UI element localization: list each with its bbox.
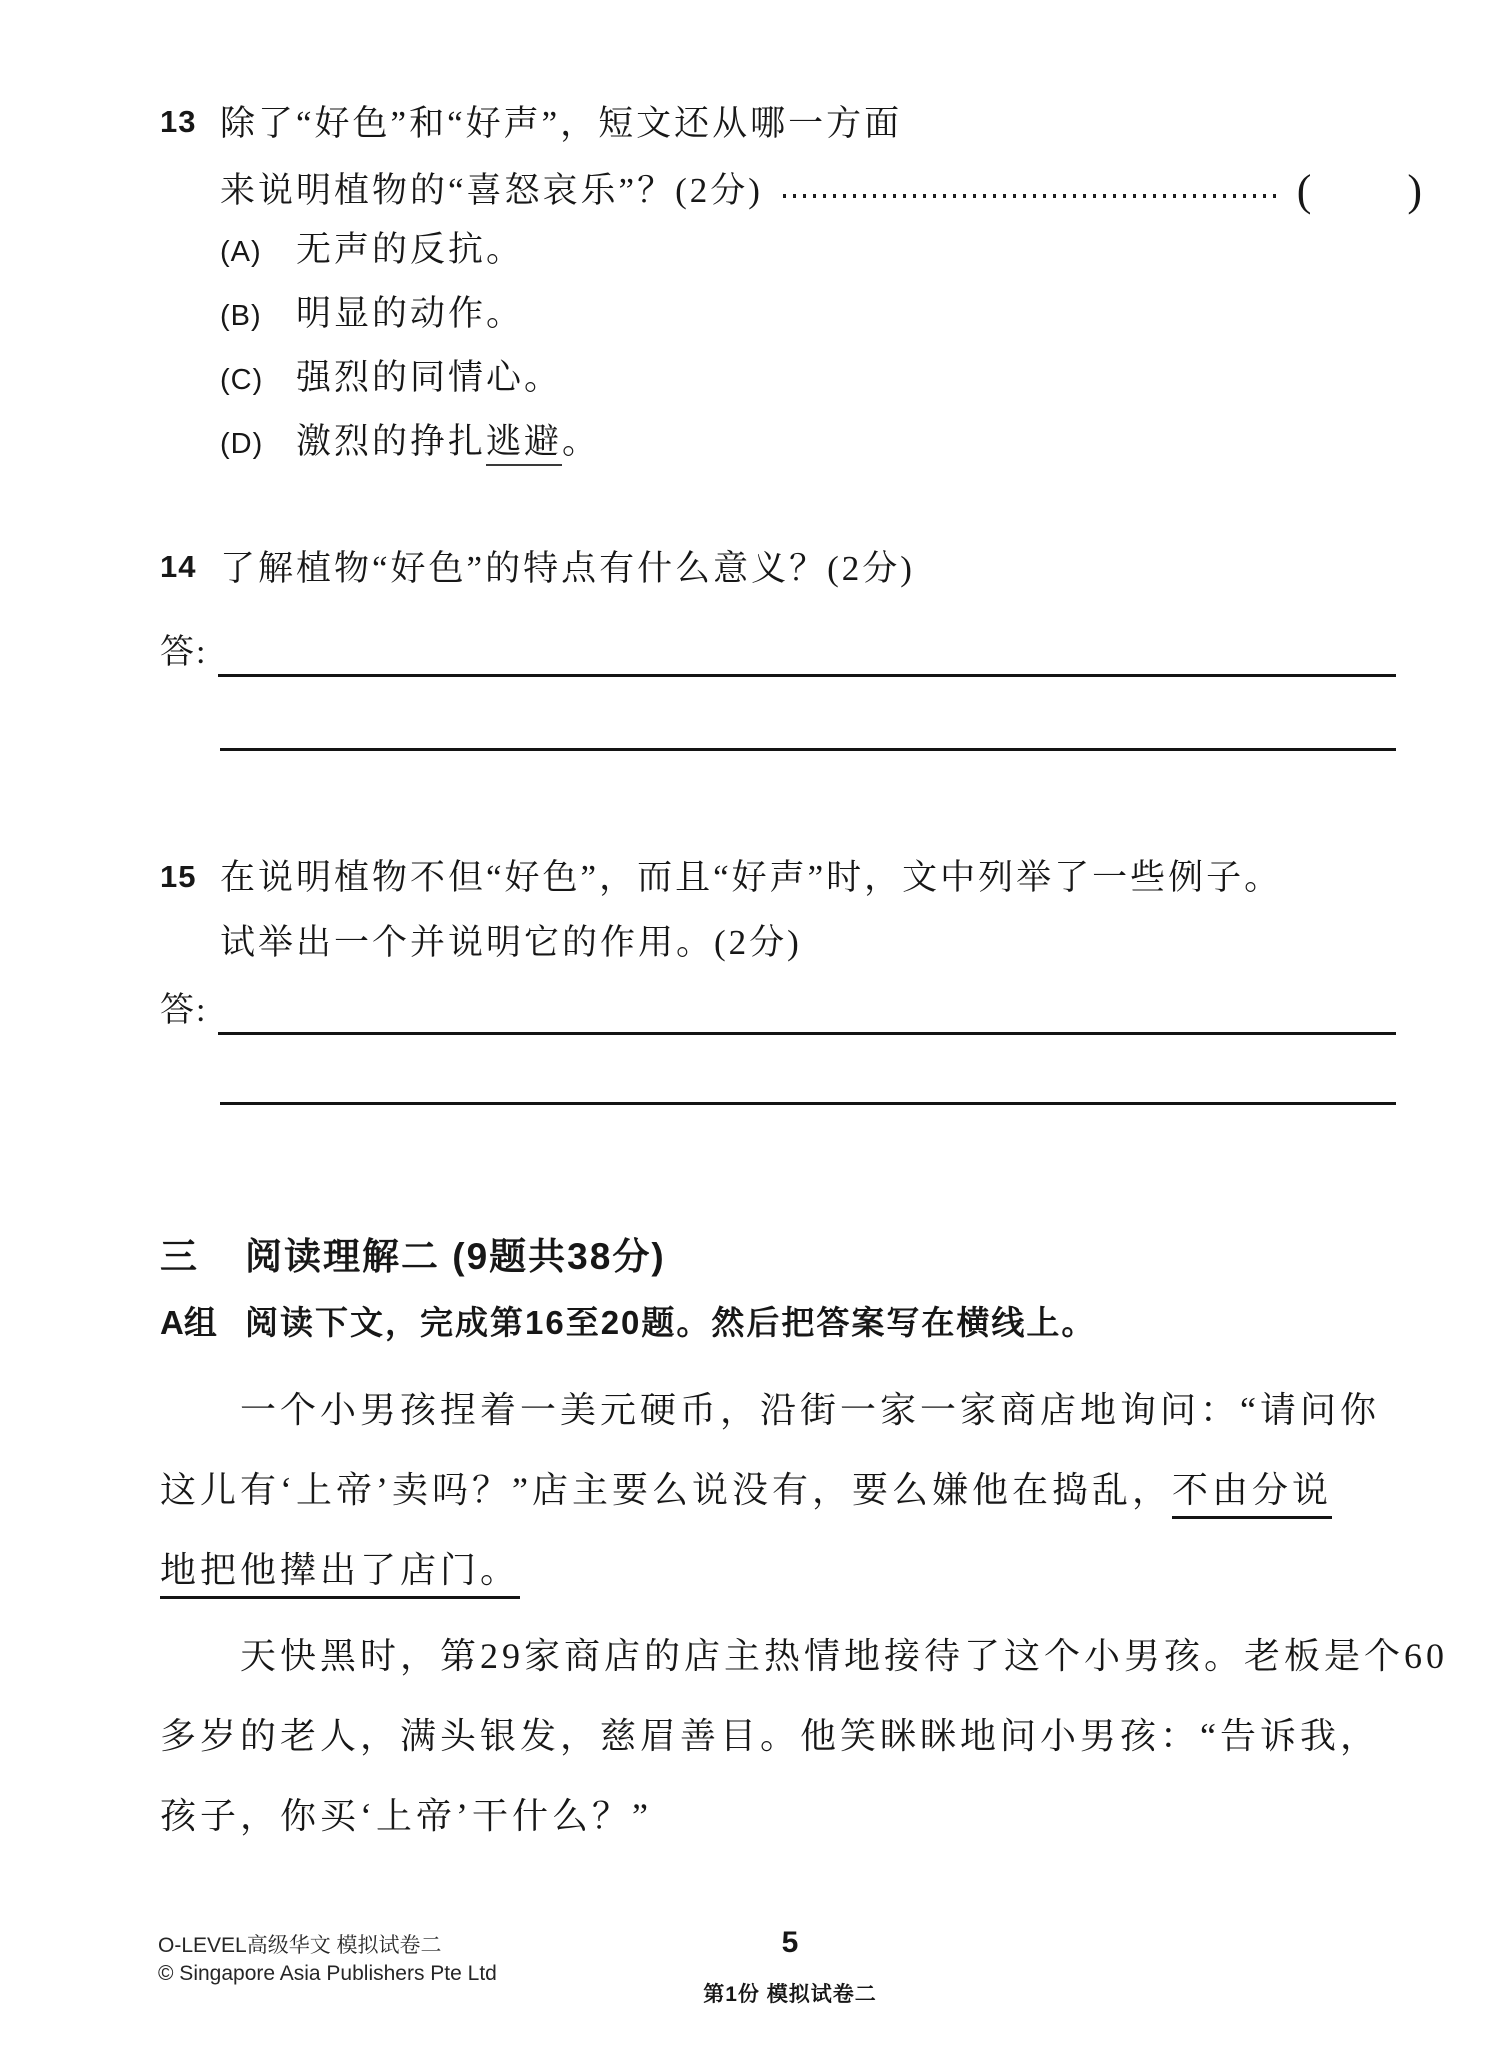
question-15-line2: 试举出一个并说明它的作用。(2分): [220, 910, 1282, 975]
page-number: 5: [782, 1926, 799, 1960]
passage-line: 天快黑时，第29家商店的店主热情地接待了这个小男孩。老板是个60: [160, 1616, 1412, 1696]
section-numeral: 三: [160, 1226, 245, 1280]
option-b-text: 明显的动作。: [296, 286, 524, 336]
answer-line: [218, 628, 1396, 677]
option-d-row: (D) 激烈的挣扎逃避。: [220, 414, 600, 478]
group-label: A组: [160, 1297, 245, 1344]
question-13-body: 除了“好色”和“好声”，短文还从哪一方面 来说明植物的“喜怒哀乐”？(2分) (…: [220, 90, 1422, 224]
passage-line: 一个小男孩捏着一美元硬币，沿街一家一家商店地询问：“请问你: [160, 1370, 1412, 1450]
section-header: 三 阅读理解二 (9题共38分): [160, 1226, 666, 1280]
question-14-answer-row: 答:: [160, 624, 1396, 677]
passage-line: 多岁的老人，满头银发，慈眉善目。他笑眯眯地问小男孩：“告诉我，: [160, 1696, 1412, 1776]
question-15-answer-row: 答:: [160, 982, 1396, 1035]
question-13: 13 除了“好色”和“好声”，短文还从哪一方面 来说明植物的“喜怒哀乐”？(2分…: [160, 90, 1422, 224]
dotted-leader: [783, 194, 1279, 198]
option-a-row: (A) 无声的反抗。: [220, 222, 600, 286]
question-15-line1: 在说明植物不但“好色”，而且“好声”时，文中列举了一些例子。: [220, 845, 1282, 910]
answer-label: 答:: [160, 982, 218, 1035]
option-d-text-pre: 激烈的挣扎: [296, 422, 486, 461]
footer-left: O-LEVEL高级华文 模拟试卷二 © Singapore Asia Publi…: [158, 1932, 497, 1988]
footer-center-caption: 第1份 模拟试卷二: [703, 1978, 877, 2008]
question-15-body: 在说明植物不但“好色”，而且“好声”时，文中列举了一些例子。 试举出一个并说明它…: [220, 845, 1282, 975]
group-instruction: 阅读下文，完成第16至20题。然后把答案写在横线上。: [245, 1297, 1096, 1344]
question-15: 15 在说明植物不但“好色”，而且“好声”时，文中列举了一些例子。 试举出一个并…: [160, 845, 1422, 975]
answer-line-2: [220, 748, 1396, 751]
question-13-number: 13: [160, 90, 220, 140]
answer-label: 答:: [160, 624, 218, 677]
passage-line: 这儿有‘上帝’卖吗？”店主要么说没有，要么嫌他在捣乱，不由分说: [160, 1450, 1412, 1530]
underlined-phrase: 地把他撵出了店门。: [160, 1550, 520, 1599]
option-c-row: (C) 强烈的同情心。: [220, 350, 600, 414]
option-b-label: (B): [220, 300, 296, 333]
question-13-line2-text: 来说明植物的“喜怒哀乐”？(2分): [220, 157, 763, 224]
option-d-underlined-word: 逃避: [486, 422, 562, 466]
question-13-line2: 来说明植物的“喜怒哀乐”？(2分) ( ): [220, 157, 1422, 224]
answer-bracket-close: ): [1407, 157, 1422, 224]
answer-line-2: [220, 1102, 1396, 1105]
footer-brand-line: O-LEVEL高级华文 模拟试卷二: [158, 1932, 497, 1960]
underlined-phrase: 不由分说: [1172, 1470, 1332, 1519]
footer-copyright: © Singapore Asia Publishers Pte Ltd: [158, 1960, 497, 1988]
question-14: 14 了解植物“好色”的特点有什么意义？(2分): [160, 535, 1422, 602]
option-d-text-post: 。: [562, 422, 600, 461]
exam-paper-page: 13 除了“好色”和“好声”，短文还从哪一方面 来说明植物的“喜怒哀乐”？(2分…: [0, 0, 1501, 2051]
option-c-label: (C): [220, 364, 296, 397]
question-14-number: 14: [160, 535, 220, 585]
group-header: A组 阅读下文，完成第16至20题。然后把答案写在横线上。: [160, 1297, 1096, 1344]
question-13-options: (A) 无声的反抗。 (B) 明显的动作。 (C) 强烈的同情心。 (D) 激烈…: [220, 222, 600, 478]
passage-paragraph-2: 天快黑时，第29家商店的店主热情地接待了这个小男孩。老板是个60 多岁的老人，满…: [160, 1616, 1412, 1856]
option-b-row: (B) 明显的动作。: [220, 286, 600, 350]
passage-line: 地把他撵出了店门。: [160, 1530, 1412, 1610]
option-a-label: (A): [220, 236, 296, 269]
option-a-text: 无声的反抗。: [296, 222, 524, 272]
passage-paragraph-1: 一个小男孩捏着一美元硬币，沿街一家一家商店地询问：“请问你 这儿有‘上帝’卖吗？…: [160, 1370, 1412, 1610]
section-title: 阅读理解二 (9题共38分): [245, 1226, 666, 1280]
option-d-label: (D): [220, 428, 296, 461]
reading-passage: 一个小男孩捏着一美元硬币，沿街一家一家商店地询问：“请问你 这儿有‘上帝’卖吗？…: [160, 1370, 1412, 1856]
question-15-number: 15: [160, 845, 220, 895]
answer-bracket-open: (: [1297, 157, 1312, 224]
option-d-text: 激烈的挣扎逃避。: [296, 414, 600, 464]
passage-line: 孩子，你买‘上帝’干什么？”: [160, 1776, 1412, 1856]
answer-line: [218, 986, 1396, 1035]
option-c-text: 强烈的同情心。: [296, 350, 562, 400]
passage-line-text: 这儿有‘上帝’卖吗？”店主要么说没有，要么嫌他在捣乱，: [160, 1470, 1172, 1510]
question-14-text: 了解植物“好色”的特点有什么意义？(2分): [220, 535, 915, 602]
question-13-line1: 除了“好色”和“好声”，短文还从哪一方面: [220, 90, 1422, 157]
